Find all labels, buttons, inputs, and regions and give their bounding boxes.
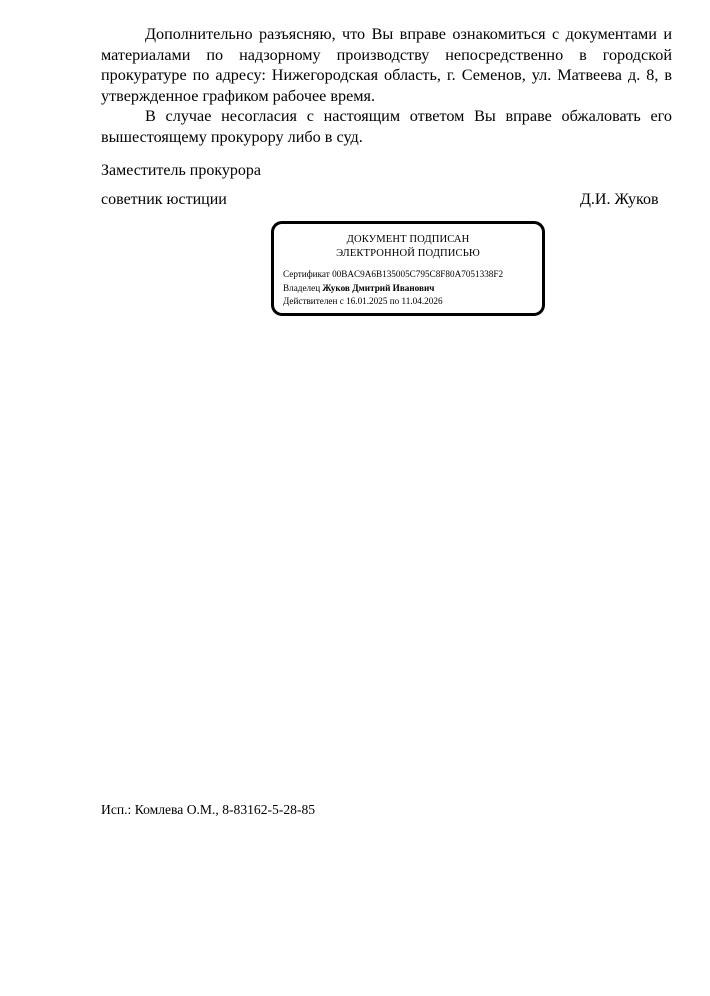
stamp-header: ДОКУМЕНТ ПОДПИСАН ЭЛЕКТРОННОЙ ПОДПИСЬЮ — [274, 233, 542, 261]
stamp-valid-from: 16.01.2025 — [346, 296, 387, 306]
signer-rank: советник юстиции — [101, 190, 227, 210]
signer-position: Заместитель прокурора — [101, 161, 261, 181]
executor-contact: Исп.: Комлева О.М., 8-83162-5-28-85 — [101, 801, 315, 818]
stamp-owner: Владелец Жуков Дмитрий Иванович — [283, 282, 434, 294]
stamp-header-line1: ДОКУМЕНТ ПОДПИСАН — [274, 233, 542, 247]
paragraph-review-rights: Дополнительно разъясняю, что Вы вправе о… — [101, 24, 672, 106]
stamp-certificate-label: Сертификат — [283, 269, 330, 279]
stamp-validity: Действителен с 16.01.2025 по 11.04.2026 — [283, 295, 443, 307]
stamp-valid-to-label: по — [390, 296, 400, 306]
document-page: Дополнительно разъясняю, что Вы вправе о… — [0, 0, 710, 996]
letter-body: Дополнительно разъясняю, что Вы вправе о… — [101, 24, 672, 148]
electronic-signature-stamp: ДОКУМЕНТ ПОДПИСАН ЭЛЕКТРОННОЙ ПОДПИСЬЮ С… — [271, 221, 545, 316]
stamp-certificate: Сертификат 00BAC9A6B135005C795C8F80A7051… — [283, 268, 503, 280]
stamp-valid-label: Действителен с — [283, 296, 344, 306]
stamp-owner-value: Жуков Дмитрий Иванович — [322, 283, 434, 293]
paragraph-appeal-rights: В случае несогласия с настоящим ответом … — [101, 106, 672, 147]
signer-name: Д.И. Жуков — [580, 190, 659, 210]
stamp-certificate-value: 00BAC9A6B135005C795C8F80A7051338F2 — [332, 269, 503, 279]
stamp-header-line2: ЭЛЕКТРОННОЙ ПОДПИСЬЮ — [274, 247, 542, 261]
stamp-valid-to: 11.04.2026 — [402, 296, 443, 306]
stamp-owner-label: Владелец — [283, 283, 320, 293]
